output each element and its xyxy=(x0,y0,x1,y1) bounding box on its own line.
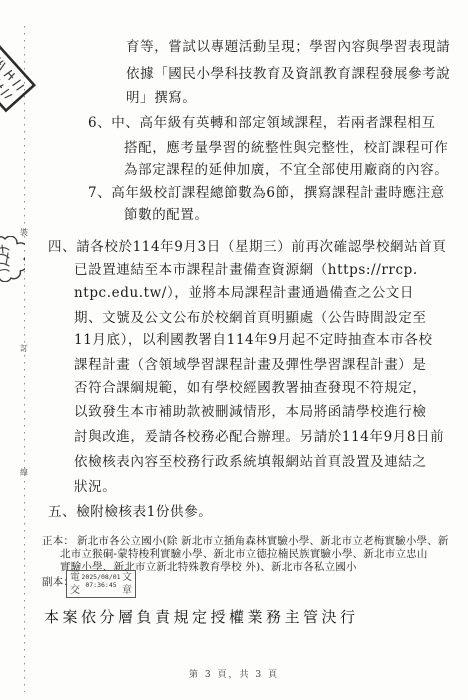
recipient-line: 新北市各公立國小(除 新北市立插角森林實驗小學、新北市立老梅實驗小學、新 xyxy=(77,535,449,548)
body-line: 節數的配置。 xyxy=(124,206,209,224)
body-line: 討與改進，爰請各校務必配合辦理。另請於114年9月8日前 xyxy=(74,428,444,446)
zhengben-label: 正本： xyxy=(42,535,74,548)
body-line: 育等，嘗試以專題活動呈現；學習內容與學習表現請 xyxy=(126,38,450,56)
page-number: 第 3 頁，共 3 頁 xyxy=(0,667,468,680)
binding-dotted-line xyxy=(24,26,25,692)
stamp-time: 07:36:45 xyxy=(67,581,135,589)
body-line: 否符合課綱規範，如有學校經國教署抽查發現不符規定， xyxy=(74,379,427,397)
stamp-date: 2025/08/01 xyxy=(67,573,135,581)
body-line: 已設置連結至本市課程計畫備查資源網（https://rrcp. xyxy=(74,261,418,279)
body-line: 6、中、高年級有英轉和部定領域課程，若兩者課程相互 xyxy=(88,114,436,132)
document-page: 裝訂線 育等，嘗試以專題活動呈現；學習內容與學習表現請依據「國民小學科技教育及資… xyxy=(0,0,468,700)
body-line: 期、文號及公文公布於校網首頁明顯處（公告時間設定至 xyxy=(74,309,427,327)
decision-line: 本案依分層負責規定授權業務主管決行 xyxy=(44,606,359,627)
flower-seal-icon xyxy=(0,236,25,286)
body-line: 五、檢附檢核表1份供參。 xyxy=(48,503,212,521)
body-line: 為部定課程的延伸加廣，不宜全部使用廠商的內容。 xyxy=(124,161,448,179)
body-line: ntpc.edu.tw/），並將本局課程計畫通過備查之公文日 xyxy=(74,284,414,302)
body-line: 11月底），以利國教署自114年9月起不定時抽查本市各校 xyxy=(74,331,433,349)
body-line: 明」撰寫。 xyxy=(126,89,197,107)
recipient-line: 北市立猴硐-蒙特梭利實驗小學、新北市立德拉楠民族實驗小學、新北市立忠山 xyxy=(60,548,428,561)
body-line: 搭配，應考量學習的統整性與完整性，校訂課程可作 xyxy=(124,139,448,157)
body-line: 依據「國民小學科技教育及資訊教育課程發展參考說 xyxy=(126,65,450,83)
body-line: 7、高年級校訂課程總節數為6節，撰寫課程計畫時應注意 xyxy=(88,184,445,202)
body-line: 以致發生本市補助款被刪減情形，本局將函請學校進行檢 xyxy=(74,403,427,421)
body-line: 課程計畫（含領域學習課程計畫及彈性學習課程計畫）是 xyxy=(74,356,427,374)
stamp-datetime: 2025/08/01 07:36:45 xyxy=(67,573,135,589)
body-line: 四、請各校於114年9月3日（星期三）前再次確認學校網站首頁 xyxy=(48,238,446,256)
electronic-exchange-stamp: 電 文 交 章 2025/08/01 07:36:45 xyxy=(66,570,136,598)
body-line: 依檢核表內容至校務行政系統填報網站首頁設置及連結之 xyxy=(74,453,427,471)
binding-char: 線 xyxy=(20,468,30,477)
body-line: 狀況。 xyxy=(74,478,116,496)
binding-char: 訂 xyxy=(20,344,30,353)
receipt-stamp-icon xyxy=(0,44,40,117)
